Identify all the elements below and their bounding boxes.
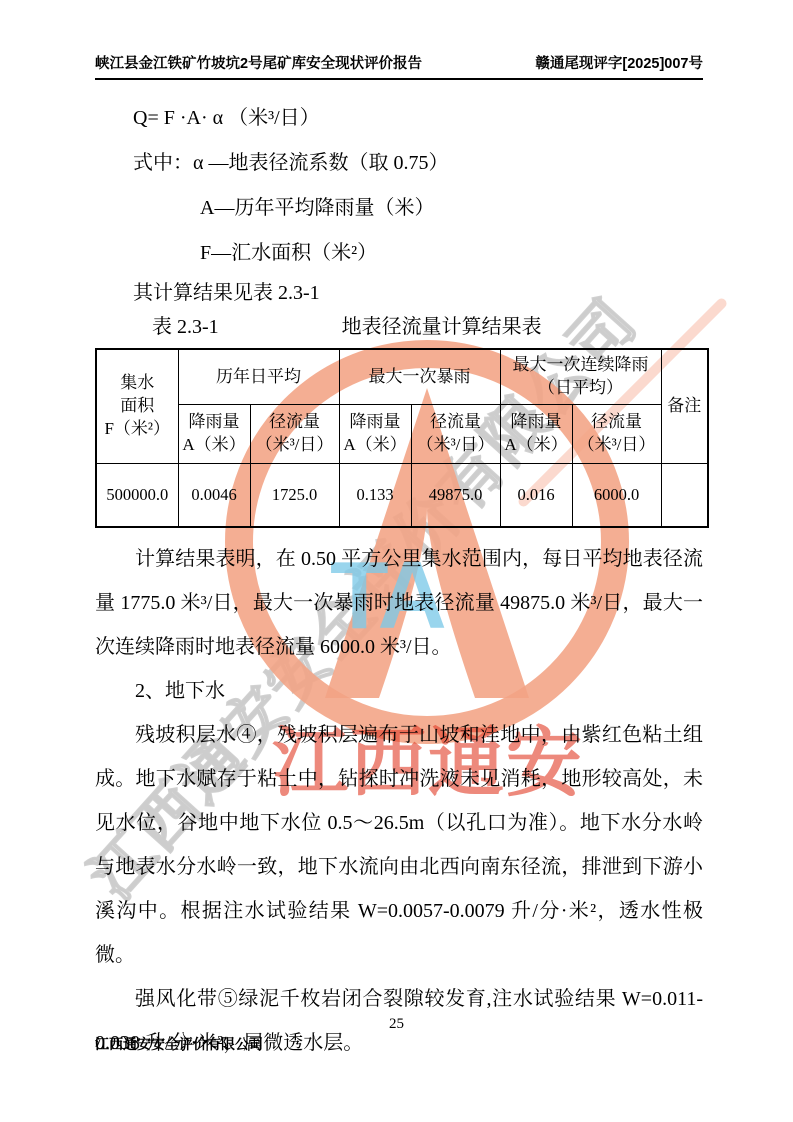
page-content: Q= F ·A· α （米³/日） 式中：α —地表径流系数（取 0.75） A… — [95, 96, 703, 1065]
formula-note-a: A—历年平均降雨量（米） — [95, 186, 703, 231]
rainfall3-line2: A（米） — [501, 434, 572, 457]
rainfall2-line2: A（米） — [340, 434, 411, 457]
data-cell-runoff-2: 49875.0 — [411, 464, 500, 528]
table-caption-title: 地表径流量计算结果表 — [342, 316, 542, 338]
table-data-row: 500000.0 0.0046 1725.0 0.133 49875.0 0.0… — [96, 464, 708, 528]
data-cell-area: 500000.0 — [96, 464, 178, 528]
runoff1-line2: （米³/日） — [251, 434, 339, 457]
page-header: 峡江县金江铁矿竹坡坑2号尾矿库安全现状评价报告 赣通尾现评字[2025]007号 — [95, 52, 703, 80]
sub-header-runoff-3: 径流量 （米³/日） — [572, 405, 661, 464]
table-intro-line: 其计算结果见表 2.3-1 — [95, 276, 703, 310]
runoff2-line2: （米³/日） — [412, 434, 500, 457]
header-cell-annual-daily-average: 历年日平均 — [178, 349, 339, 405]
catchment-area-line2: 面积 — [97, 395, 178, 418]
catchment-area-line1: 集水 — [97, 372, 178, 395]
sub-header-rainfall-1: 降雨量 A（米） — [178, 405, 250, 464]
data-cell-rainfall-2: 0.133 — [339, 464, 411, 528]
formula-note-alpha: 式中：α —地表径流系数（取 0.75） — [95, 141, 703, 186]
header-cell-catchment-area: 集水 面积 F（米²） — [96, 349, 178, 464]
sub-header-runoff-2: 径流量 （米³/日） — [411, 405, 500, 464]
data-cell-remark — [661, 464, 708, 528]
header-document-number: 赣通尾现评字[2025]007号 — [535, 52, 703, 73]
runoff-calculation-table: 集水 面积 F（米²） 历年日平均 最大一次暴雨 最大一次连续降雨 （日平均） … — [95, 348, 709, 528]
header-report-title: 峡江县金江铁矿竹坡坑2号尾矿库安全现状评价报告 — [95, 52, 422, 73]
data-cell-rainfall-1: 0.0046 — [178, 464, 250, 528]
table-caption: 表 2.3-1 地表径流量计算结果表 — [95, 310, 703, 344]
formula-line: Q= F ·A· α （米³/日） — [95, 96, 703, 141]
table-group-header-row: 集水 面积 F（米²） 历年日平均 最大一次暴雨 最大一次连续降雨 （日平均） … — [96, 349, 708, 405]
header-cell-remark: 备注 — [661, 349, 708, 464]
table-caption-number: 表 2.3-1 — [152, 316, 219, 338]
runoff1-line1: 径流量 — [251, 411, 339, 434]
rainfall1-line1: 降雨量 — [179, 411, 250, 434]
rainfall3-line1: 降雨量 — [501, 411, 572, 434]
paragraph-calculation-result: 计算结果表明，在 0.50 平方公里集水范围内，每日平均地表径流量 1775.0… — [95, 537, 703, 669]
table-sub-header-row: 降雨量 A（米） 径流量 （米³/日） 降雨量 A（米） 径流量 （米³/日） — [96, 405, 708, 464]
sub-header-rainfall-3: 降雨量 A（米） — [500, 405, 572, 464]
paragraph-groundwater-1: 残坡积层水④，残坡积层遍布于山坡和洼地中，由紫红色粘土组成。地下水赋存于粘土中，… — [95, 713, 703, 977]
sub-header-runoff-1: 径流量 （米³/日） — [250, 405, 339, 464]
rainfall2-line1: 降雨量 — [340, 411, 411, 434]
runoff3-line2: （米³/日） — [573, 434, 661, 457]
header-cell-max-continuous-rain: 最大一次连续降雨 （日平均） — [500, 349, 661, 405]
rainfall1-line2: A（米） — [179, 434, 250, 457]
max-continuous-line1: 最大一次连续降雨 — [501, 354, 661, 377]
footer-company-name: 江西通安安全评价有限公司 — [95, 1034, 263, 1054]
sub-header-rainfall-2: 降雨量 A（米） — [339, 405, 411, 464]
document-page: 江西通安安全评价有限公司 TA 江西通安 峡江县金江铁矿竹坡坑2号尾矿库安全现状… — [0, 0, 793, 1122]
page-number: 25 — [0, 1016, 793, 1033]
runoff2-line1: 径流量 — [412, 411, 500, 434]
header-cell-max-single-storm: 最大一次暴雨 — [339, 349, 500, 405]
max-continuous-line2: （日平均） — [501, 377, 661, 400]
catchment-area-line3: F（米²） — [97, 418, 178, 441]
runoff3-line1: 径流量 — [573, 411, 661, 434]
data-cell-rainfall-3: 0.016 — [500, 464, 572, 528]
data-cell-runoff-3: 6000.0 — [572, 464, 661, 528]
section-heading-groundwater: 2、地下水 — [95, 669, 703, 713]
data-cell-runoff-1: 1725.0 — [250, 464, 339, 528]
formula-note-f: F—汇水面积（米²） — [95, 231, 703, 276]
